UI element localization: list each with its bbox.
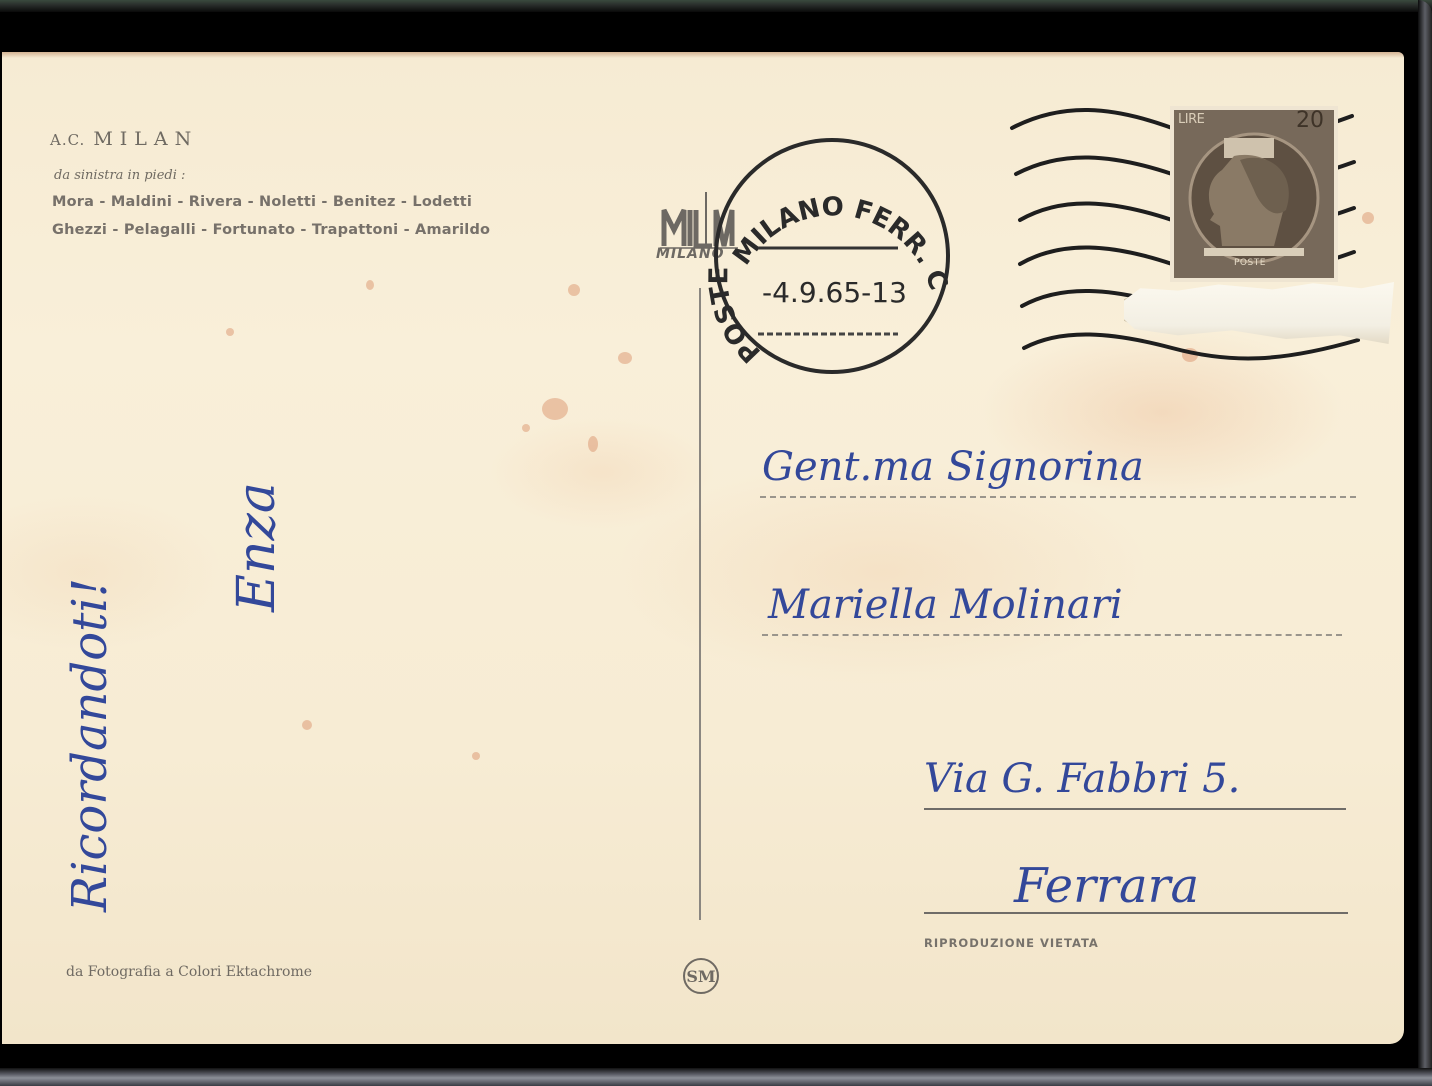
sleeve-top-edge bbox=[0, 0, 1432, 12]
postmark-date: -4.9.65-13 bbox=[762, 276, 907, 309]
players-row-2: Ghezzi - Pelagalli - Fortunato - Trapatt… bbox=[52, 222, 490, 238]
foxing-spot bbox=[366, 280, 374, 290]
svg-text:POSTE: POSTE bbox=[704, 267, 767, 369]
sleeve-right-edge bbox=[1418, 0, 1432, 1086]
handwritten-recipient-title: Gent.ma Signorina bbox=[762, 444, 1144, 490]
handwritten-city: Ferrara bbox=[1014, 858, 1199, 914]
italia-turrita-portrait-icon bbox=[1174, 110, 1334, 278]
publisher-logo: SM bbox=[683, 958, 719, 994]
address-line-1 bbox=[760, 496, 1356, 498]
paper-top-stain bbox=[2, 52, 1404, 58]
handwritten-street: Via G. Fabbri 5. bbox=[924, 756, 1240, 802]
handwritten-recipient-name: Mariella Molinari bbox=[768, 582, 1123, 628]
handwritten-signature-wrap: Enza bbox=[227, 482, 287, 612]
foxing-spot bbox=[618, 352, 632, 364]
foxing-spot bbox=[568, 284, 580, 296]
postmark-stamp: MILANO FERR. CORRISP. POSTE -4.9.65-13 bbox=[702, 126, 962, 386]
players-row-1: Mora - Maldini - Rivera - Noletti - Beni… bbox=[52, 194, 472, 210]
stamp-caption: POSTE bbox=[1234, 258, 1266, 268]
club-name: MILAN bbox=[93, 128, 198, 150]
postage-stamp: LIRE 20 POSTE bbox=[1174, 110, 1334, 278]
postcard: A.C.MILAN da sinistra in piedi : Mora - … bbox=[2, 52, 1404, 1044]
foxing-spot bbox=[588, 436, 598, 452]
foxing-spot bbox=[226, 328, 234, 336]
handwritten-message: Ricordandoti! bbox=[62, 578, 118, 912]
foxing-spot bbox=[302, 720, 312, 730]
club-title: A.C.MILAN bbox=[50, 128, 198, 150]
photo-credit: da Fotografia a Colori Ektachrome bbox=[66, 964, 312, 980]
svg-text:MILANO FERR. CORRISP.: MILANO FERR. CORRISP. bbox=[702, 126, 953, 294]
address-line-3 bbox=[924, 808, 1346, 810]
club-prefix: A.C. bbox=[50, 131, 85, 149]
handwritten-signature: Enza bbox=[227, 482, 287, 612]
foxing-spot bbox=[522, 424, 530, 432]
center-divider bbox=[699, 288, 701, 920]
handwritten-message-wrap: Ricordandoti! bbox=[62, 578, 118, 912]
sleeve-bottom-edge bbox=[0, 1068, 1432, 1086]
photo-subtitle: da sinistra in piedi : bbox=[54, 168, 185, 183]
reproduction-notice: RIPRODUZIONE VIETATA bbox=[924, 936, 1099, 950]
foxing-spot bbox=[472, 752, 480, 760]
address-line-2 bbox=[762, 634, 1342, 636]
foxing-spot bbox=[542, 398, 568, 420]
